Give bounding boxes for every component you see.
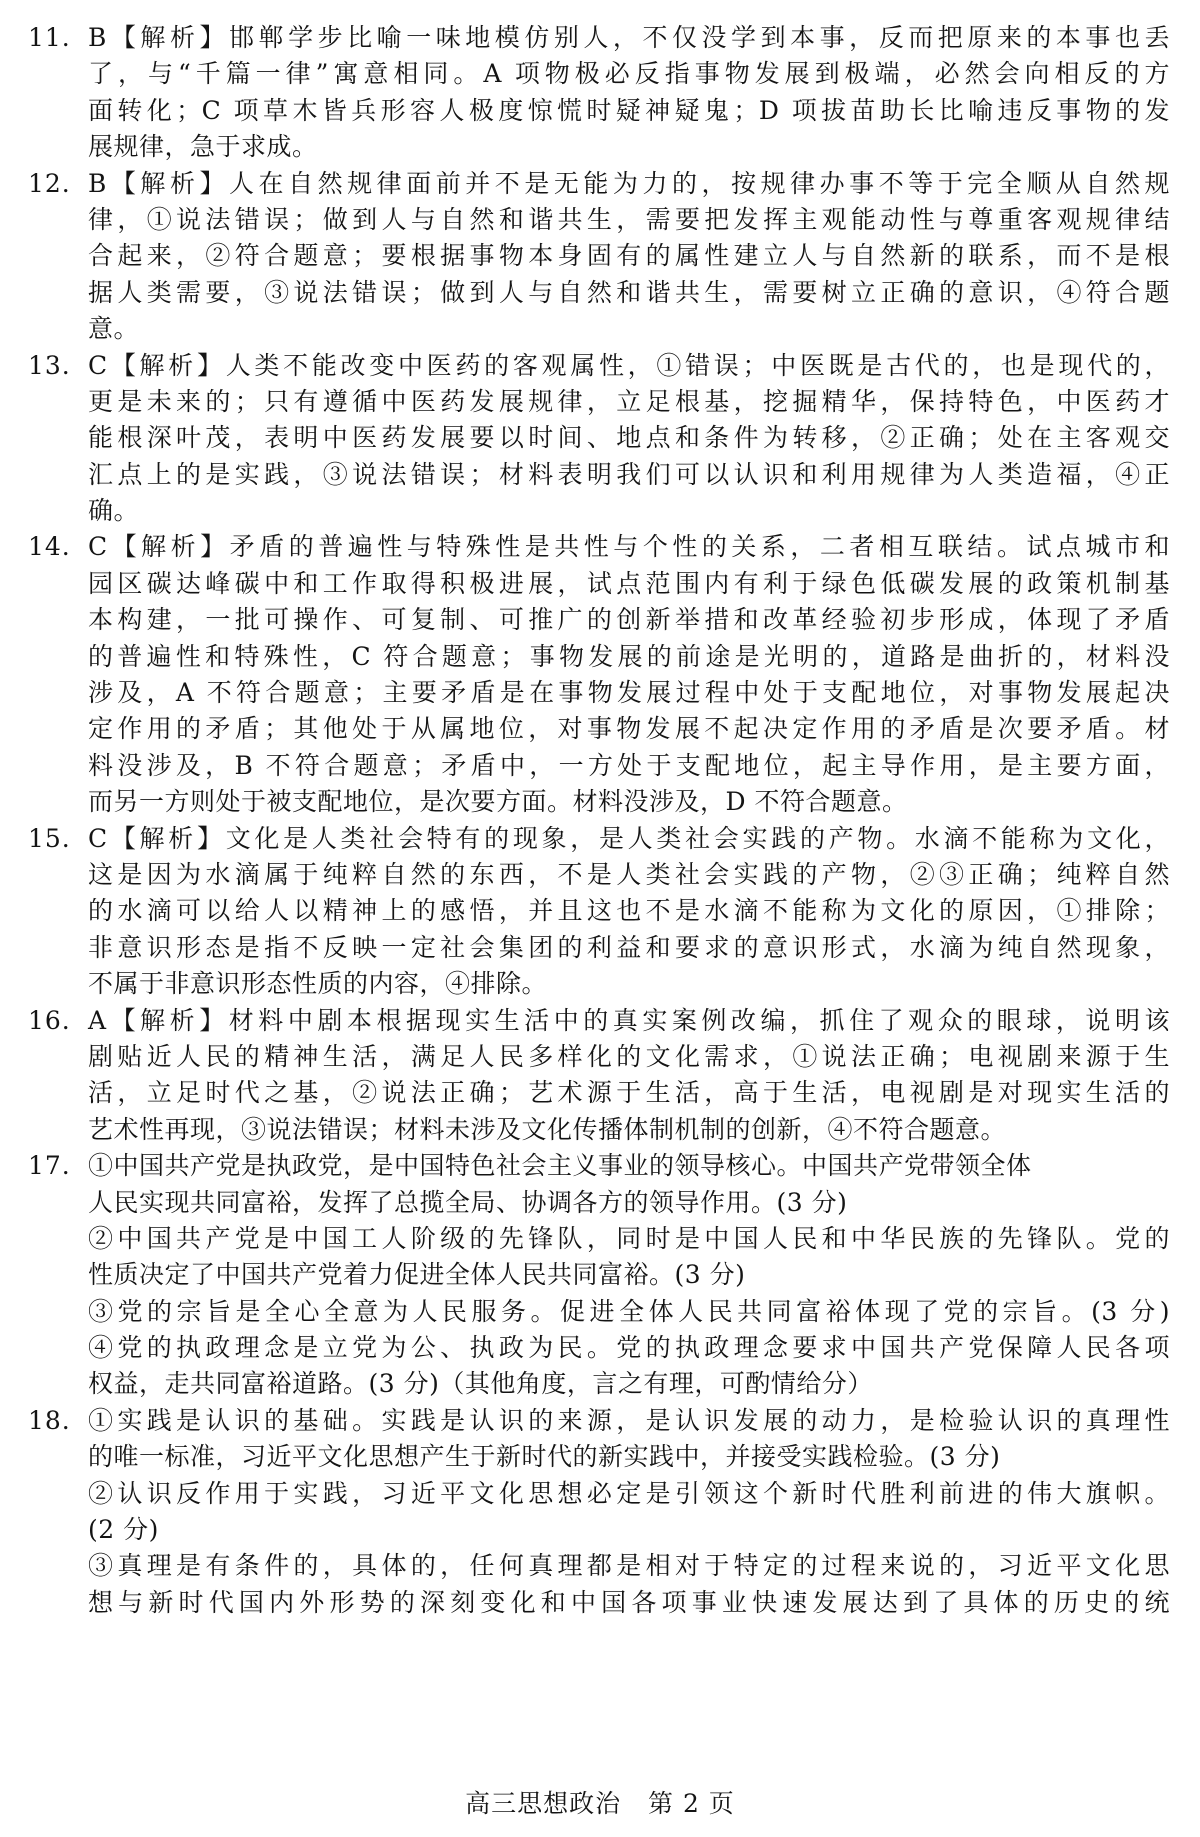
answer-text-line: ③党的宗旨是全心全意为人民服务。促进全体人民共同富裕体现了党的宗旨。(3 分) bbox=[88, 1294, 1170, 1330]
answer-text-line: 性质决定了中国共产党着力促进全体人民共同富裕。(3 分) bbox=[88, 1257, 1170, 1293]
answer-text-line: ①实践是认识的基础。实践是认识的来源，是认识发展的动力，是检验认识的真理性 bbox=[88, 1403, 1170, 1439]
answer-text-line: 艺术性再现，③说法错误；材料未涉及文化传播体制机制的创新，④不符合题意。 bbox=[88, 1112, 1170, 1148]
answer-text-line: ①中国共产党是执政党，是中国特色社会主义事业的领导核心。中国共产党带领全体 bbox=[88, 1148, 1170, 1184]
question-number: 18. bbox=[28, 1403, 86, 1439]
question-number: 11. bbox=[28, 20, 86, 56]
question-number: 14. bbox=[28, 529, 86, 565]
answer-text-line: 涉及，A 不符合题意；主要矛盾是在事物发展过程中处于支配地位，对事物发展起决 bbox=[88, 675, 1170, 711]
question-number: 15. bbox=[28, 821, 86, 857]
answer-item: 16.A【解析】材料中剧本根据现实生活中的真实案例改编，抓住了观众的眼球，说明该… bbox=[0, 1003, 1200, 1149]
answer-item: 13.C【解析】人类不能改变中医药的客观属性，①错误；中医既是古代的，也是现代的… bbox=[0, 348, 1200, 530]
answer-text-line: 权益，走共同富裕道路。(3 分)（其他角度，言之有理，可酌情给分） bbox=[88, 1366, 1170, 1402]
answer-text-line: 的唯一标准，习近平文化思想产生于新时代的新实践中，并接受实践检验。(3 分) bbox=[88, 1439, 1170, 1475]
answer-text-line: 定作用的矛盾；其他处于从属地位，对事物发展不起决定作用的矛盾是次要矛盾。材 bbox=[88, 711, 1170, 747]
answer-text-line: C【解析】人类不能改变中医药的客观属性，①错误；中医既是古代的，也是现代的， bbox=[88, 348, 1170, 384]
answer-text-line: 更是未来的；只有遵循中医药发展规律，立足根基，挖掘精华，保持特色，中医药才 bbox=[88, 384, 1170, 420]
answer-item: 17.①中国共产党是执政党，是中国特色社会主义事业的领导核心。中国共产党带领全体… bbox=[0, 1148, 1200, 1403]
answer-item: 14.C【解析】矛盾的普遍性与特殊性是共性与个性的关系，二者相互联结。试点城市和… bbox=[0, 529, 1200, 820]
answer-text-line: 想与新时代国内外形势的深刻变化和中国各项事业快速发展达到了具体的历史的统 bbox=[88, 1585, 1170, 1621]
answer-text-line: 人民实现共同富裕，发挥了总揽全局、协调各方的领导作用。(3 分) bbox=[88, 1185, 1170, 1221]
answer-text-line: B【解析】邯郸学步比喻一味地模仿别人，不仅没学到本事，反而把原来的本事也丢 bbox=[88, 20, 1170, 56]
question-number: 17. bbox=[28, 1148, 86, 1184]
answer-text-line: 园区碳达峰碳中和工作取得积极进展，试点范围内有利于绿色低碳发展的政策机制基 bbox=[88, 566, 1170, 602]
answer-item: 11.B【解析】邯郸学步比喻一味地模仿别人，不仅没学到本事，反而把原来的本事也丢… bbox=[0, 20, 1200, 166]
page-footer: 高三思想政治 第 2 页 bbox=[0, 1786, 1200, 1822]
answer-text-line: 料没涉及，B 不符合题意；矛盾中，一方处于支配地位，起主导作用，是主要方面， bbox=[88, 748, 1170, 784]
answer-document: 11.B【解析】邯郸学步比喻一味地模仿别人，不仅没学到本事，反而把原来的本事也丢… bbox=[0, 20, 1200, 1621]
answer-text-line: 合起来，②符合题意；要根据事物本身固有的属性建立人与自然新的联系，而不是根 bbox=[88, 238, 1170, 274]
answer-text-line: 剧贴近人民的精神生活，满足人民多样化的文化需求，①说法正确；电视剧来源于生 bbox=[88, 1039, 1170, 1075]
answer-text-line: 不属于非意识形态性质的内容，④排除。 bbox=[88, 966, 1170, 1002]
answer-text-line: 据人类需要，③说法错误；做到人与自然和谐共生，需要树立正确的意识，④符合题 bbox=[88, 275, 1170, 311]
answer-text-line: 这是因为水滴属于纯粹自然的东西，不是人类社会实践的产物，②③正确；纯粹自然 bbox=[88, 857, 1170, 893]
answer-text-line: 能根深叶茂，表明中医药发展要以时间、地点和条件为转移，②正确；处在主客观交 bbox=[88, 420, 1170, 456]
answer-text-line: 而另一方则处于被支配地位，是次要方面。材料没涉及，D 不符合题意。 bbox=[88, 784, 1170, 820]
answer-text-line: 展规律，急于求成。 bbox=[88, 129, 1170, 165]
answer-text-line: 律，①说法错误；做到人与自然和谐共生，需要把发挥主观能动性与尊重客观规律结 bbox=[88, 202, 1170, 238]
answer-text-line: 汇点上的是实践，③说法错误；材料表明我们可以认识和利用规律为人类造福，④正 bbox=[88, 457, 1170, 493]
answer-text-line: A【解析】材料中剧本根据现实生活中的真实案例改编，抓住了观众的眼球，说明该 bbox=[88, 1003, 1170, 1039]
answer-text-line: 确。 bbox=[88, 493, 1170, 529]
answer-text-line: 非意识形态是指不反映一定社会集团的利益和要求的意识形式，水滴为纯自然现象， bbox=[88, 930, 1170, 966]
answer-text-line: 面转化；C 项草木皆兵形容人极度惊慌时疑神疑鬼；D 项拔苗助长比喻违反事物的发 bbox=[88, 93, 1170, 129]
answer-text-line: (2 分) bbox=[88, 1512, 1170, 1548]
question-number: 12. bbox=[28, 166, 86, 202]
answer-text-line: 的普遍性和特殊性，C 符合题意；事物发展的前途是光明的，道路是曲折的，材料没 bbox=[88, 639, 1170, 675]
answer-text-line: C【解析】文化是人类社会特有的现象，是人类社会实践的产物。水滴不能称为文化， bbox=[88, 821, 1170, 857]
answer-text-line: B【解析】人在自然规律面前并不是无能为力的，按规律办事不等于完全顺从自然规 bbox=[88, 166, 1170, 202]
answer-item: 18.①实践是认识的基础。实践是认识的来源，是认识发展的动力，是检验认识的真理性… bbox=[0, 1403, 1200, 1621]
answer-text-line: ④党的执政理念是立党为公、执政为民。党的执政理念要求中国共产党保障人民各项 bbox=[88, 1330, 1170, 1366]
answer-text-line: ②中国共产党是中国工人阶级的先锋队，同时是中国人民和中华民族的先锋队。党的 bbox=[88, 1221, 1170, 1257]
question-number: 13. bbox=[28, 348, 86, 384]
answer-item: 15.C【解析】文化是人类社会特有的现象，是人类社会实践的产物。水滴不能称为文化… bbox=[0, 821, 1200, 1003]
answer-item: 12.B【解析】人在自然规律面前并不是无能为力的，按规律办事不等于完全顺从自然规… bbox=[0, 166, 1200, 348]
answer-text-line: 的水滴可以给人以精神上的感悟，并且这也不是水滴不能称为文化的原因，①排除； bbox=[88, 893, 1170, 929]
answer-text-line: ③真理是有条件的，具体的，任何真理都是相对于特定的过程来说的，习近平文化思 bbox=[88, 1548, 1170, 1584]
answer-text-line: 了，与“千篇一律”寓意相同。A 项物极必反指事物发展到极端，必然会向相反的方 bbox=[88, 56, 1170, 92]
question-number: 16. bbox=[28, 1003, 86, 1039]
answer-text-line: 意。 bbox=[88, 311, 1170, 347]
answer-text-line: C【解析】矛盾的普遍性与特殊性是共性与个性的关系，二者相互联结。试点城市和 bbox=[88, 529, 1170, 565]
answer-text-line: ②认识反作用于实践，习近平文化思想必定是引领这个新时代胜利前进的伟大旗帜。 bbox=[88, 1476, 1170, 1512]
answer-text-line: 活，立足时代之基，②说法正确；艺术源于生活，高于生活，电视剧是对现实生活的 bbox=[88, 1075, 1170, 1111]
answer-text-line: 本构建，一批可操作、可复制、可推广的创新举措和改革经验初步形成，体现了矛盾 bbox=[88, 602, 1170, 638]
